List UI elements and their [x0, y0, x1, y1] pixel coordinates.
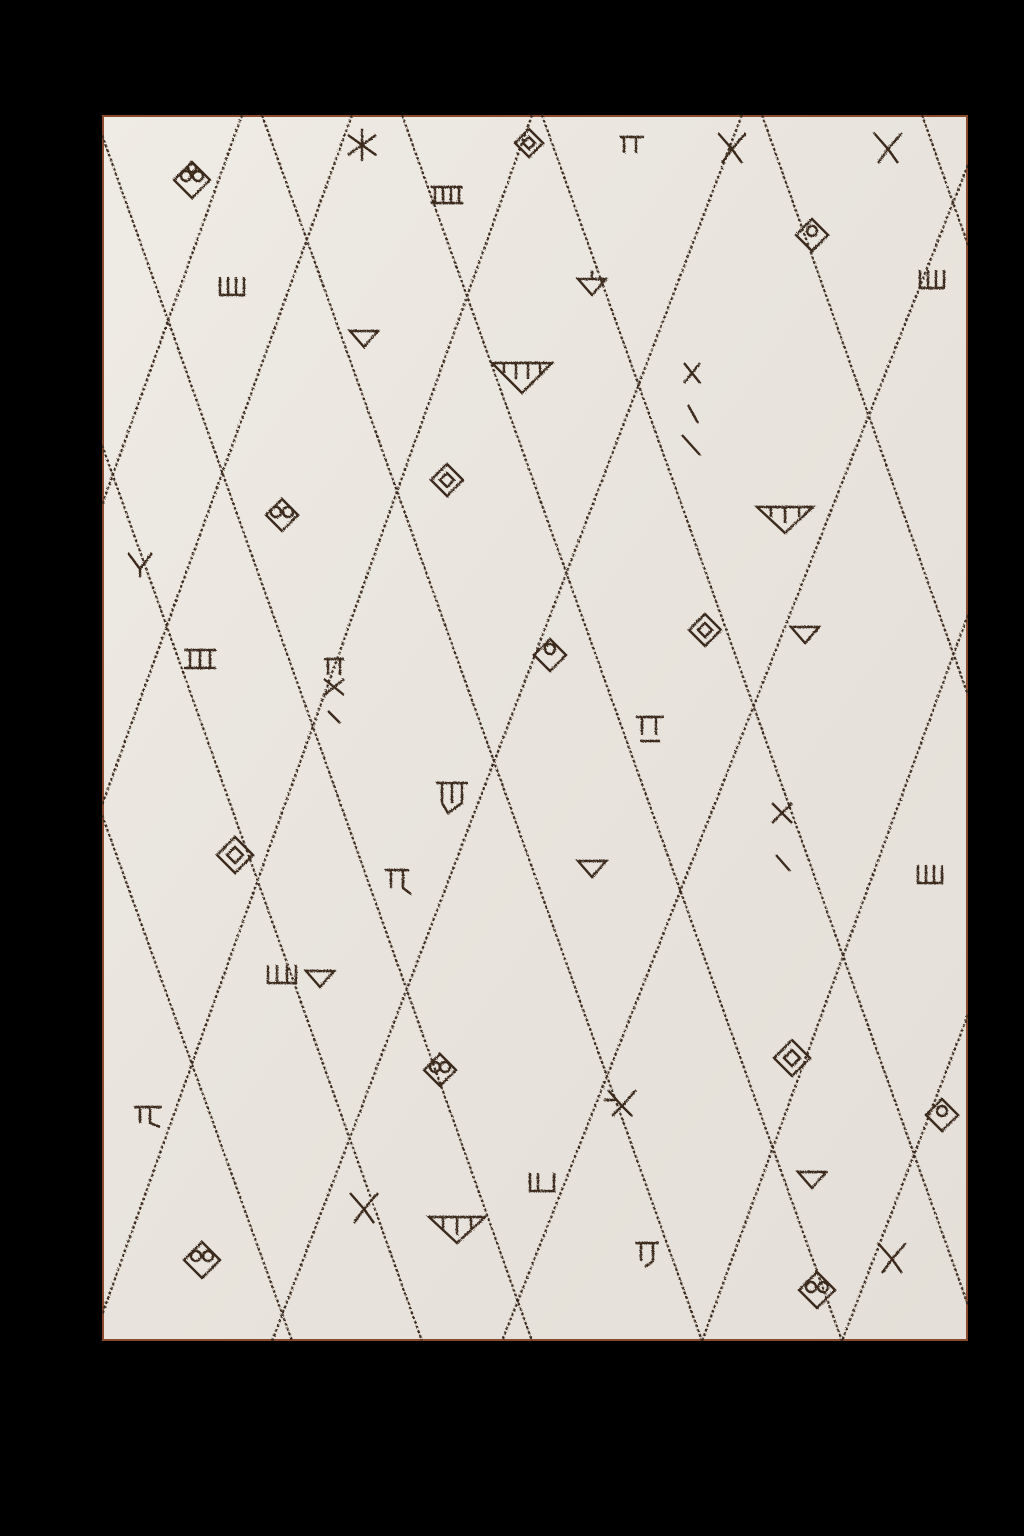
- rug-field: [103, 116, 967, 1340]
- photo-background: [0, 0, 1024, 1536]
- rug-pattern: [102, 115, 968, 1341]
- rug: [102, 115, 968, 1341]
